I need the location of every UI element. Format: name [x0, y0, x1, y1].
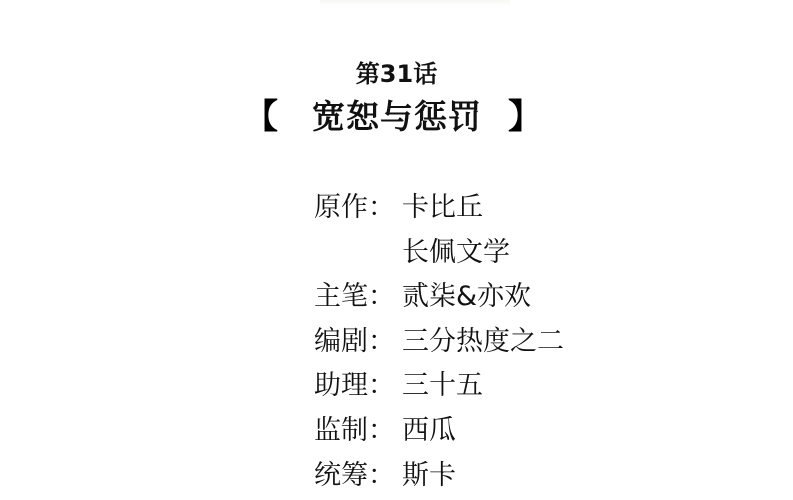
- chapter-number: 第31话: [0, 54, 793, 89]
- credit-label: [314, 231, 402, 276]
- credit-label: 统筹：: [314, 454, 402, 499]
- credit-label: 原作：: [314, 186, 402, 231]
- credit-assistant: 助理： 三十五: [314, 364, 564, 409]
- credit-value: 贰柒&亦欢: [402, 275, 531, 320]
- credit-value: 西瓜: [402, 409, 456, 454]
- credit-label: 监制：: [314, 409, 402, 454]
- credit-screenwriter: 编剧： 三分热度之二: [314, 320, 564, 365]
- credit-label: 编剧：: [314, 320, 402, 365]
- credit-original-author: 原作： 卡比丘: [314, 186, 564, 231]
- credit-value: 斯卡: [402, 454, 456, 499]
- credit-value: 三分热度之二: [402, 320, 564, 365]
- chapter-title-row: 【 宽恕与惩罚 】: [0, 94, 793, 140]
- left-bracket: 【: [244, 94, 278, 140]
- credit-coordinator: 统筹： 斯卡: [314, 454, 564, 499]
- credit-original-publisher: 长佩文学: [314, 231, 564, 276]
- credit-value: 卡比丘: [402, 186, 483, 231]
- top-image-fragment: [320, 0, 510, 6]
- chapter-title: 宽恕与惩罚: [312, 94, 482, 140]
- credit-label: 主笔：: [314, 275, 402, 320]
- credit-lead-artist: 主笔： 贰柒&亦欢: [314, 275, 564, 320]
- right-bracket: 】: [508, 94, 542, 140]
- credit-producer: 监制： 西瓜: [314, 409, 564, 454]
- credit-value: 三十五: [402, 364, 483, 409]
- credit-label: 助理：: [314, 364, 402, 409]
- credits-list: 原作： 卡比丘 长佩文学 主笔： 贰柒&亦欢 编剧： 三分热度之二 助理： 三十…: [314, 186, 564, 498]
- credit-value: 长佩文学: [402, 231, 510, 276]
